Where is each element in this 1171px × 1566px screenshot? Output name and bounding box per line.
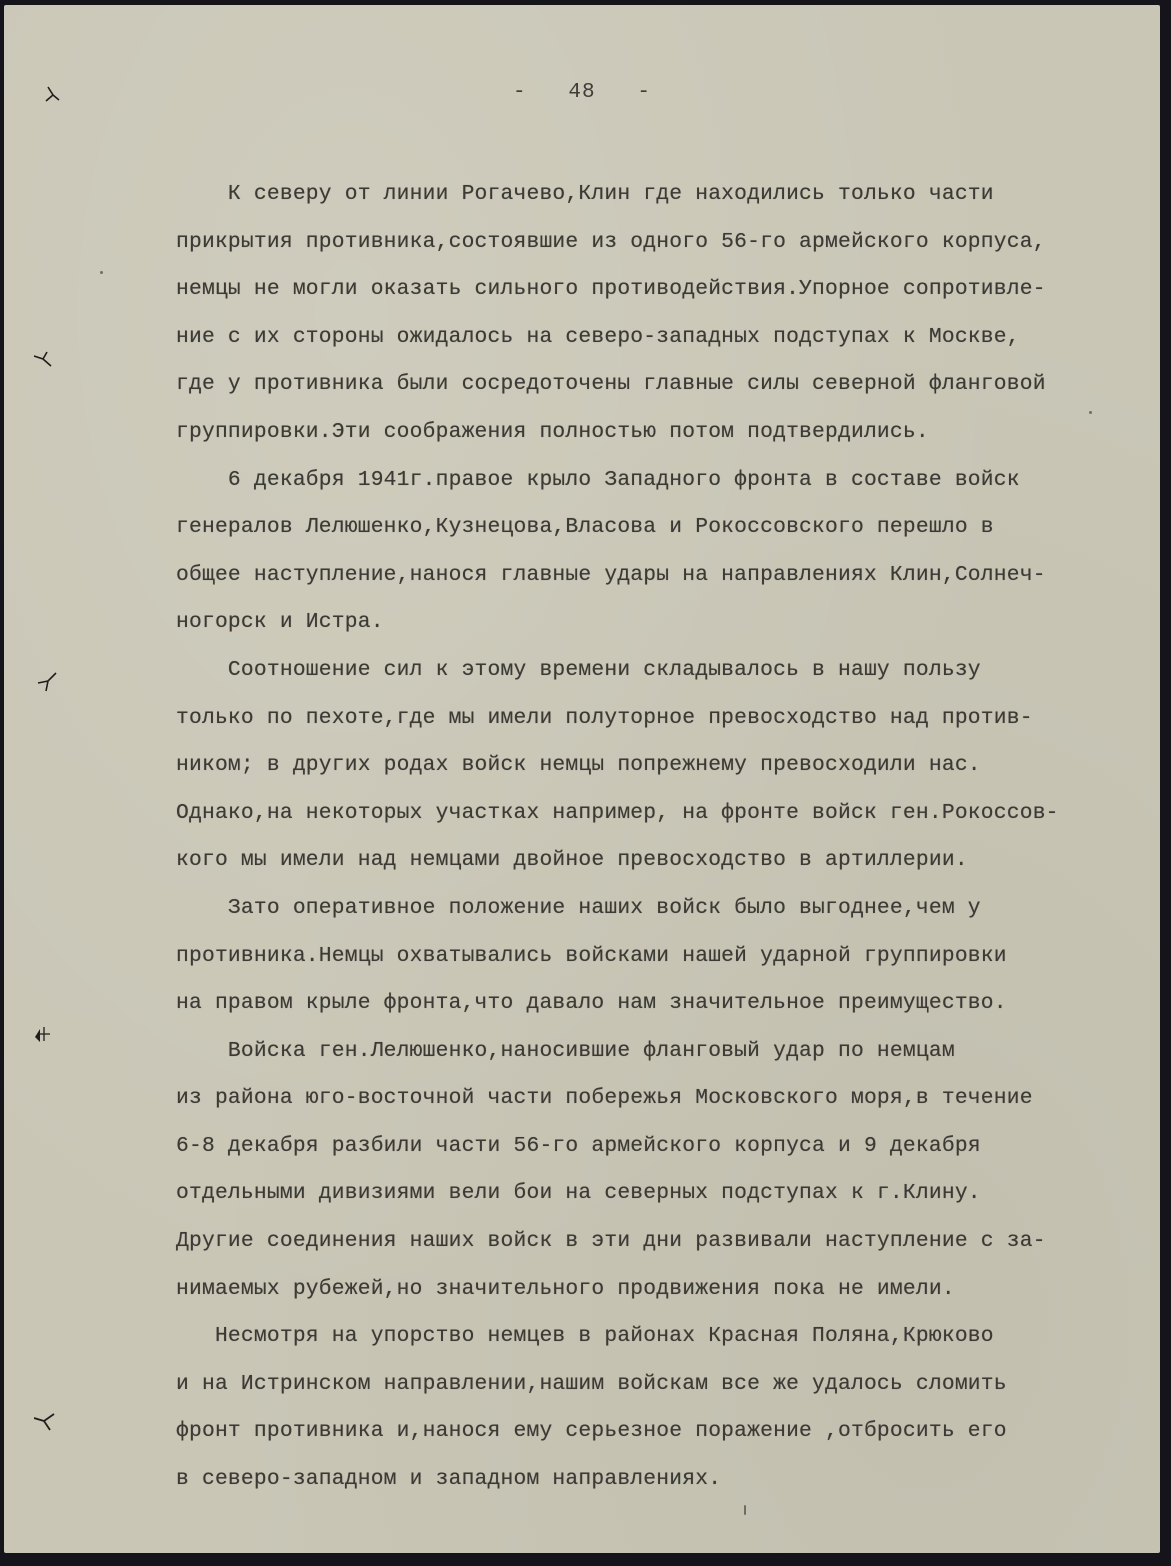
binder-hole-mark-icon	[36, 671, 58, 693]
text-line: К северу от линии Рогачево,Клин где нахо…	[176, 175, 1151, 223]
binder-hole-mark-icon	[34, 1410, 56, 1432]
paragraph: К северу от линии Рогачево,Клин где нахо…	[176, 175, 1151, 461]
text-line: кого мы имели над немцами двойное превос…	[176, 841, 1151, 889]
paragraph: 6 декабря 1941г.правое крыло Западного ф…	[176, 461, 1151, 651]
paper-speck	[1089, 411, 1092, 414]
text-line: Зато оперативное положение наших войск б…	[176, 889, 1151, 937]
text-line: отдельными дивизиями вели бои на северны…	[176, 1174, 1151, 1222]
paper-speck	[744, 1505, 746, 1515]
text-line: 6 декабря 1941г.правое крыло Западного ф…	[176, 461, 1151, 509]
text-line: на правом крыле фронта,что давало нам зн…	[176, 984, 1151, 1032]
text-line: где у противника были сосредоточены глав…	[176, 365, 1151, 413]
text-line: из района юго-восточной части побережья …	[176, 1079, 1151, 1127]
text-line: ногорск и Истра.	[176, 603, 1151, 651]
text-line: противника.Немцы охватывались войсками н…	[176, 937, 1151, 985]
page-number-dash-left: -	[485, 81, 555, 104]
text-line: немцы не могли оказать сильного противод…	[176, 270, 1151, 318]
text-line: прикрытия противника,состоявшие из одног…	[176, 223, 1151, 271]
text-line: только по пехоте,где мы имели полуторное…	[176, 699, 1151, 747]
text-line: нимаемых рубежей,но значительного продви…	[176, 1270, 1151, 1318]
document-body: К северу от линии Рогачево,Клин где нахо…	[176, 175, 1151, 1508]
text-line: ником; в других родах войск немцы попреж…	[176, 746, 1151, 794]
document-page: - 48 - К северу от линии Рогачево,Клин г…	[4, 5, 1160, 1553]
page-number: 48	[568, 81, 595, 104]
text-line: в северо-западном и западном направления…	[176, 1460, 1151, 1508]
text-line: Войска ген.Лелюшенко,наносившие фланговы…	[176, 1032, 1151, 1080]
text-line: и на Истринском направлении,нашим войска…	[176, 1365, 1151, 1413]
binder-hole-mark-icon	[32, 350, 54, 372]
paper-speck	[100, 271, 103, 274]
text-line: ние с их стороны ожидалось на северо-зап…	[176, 318, 1151, 366]
text-line: 6-8 декабря разбили части 56-го армейско…	[176, 1127, 1151, 1175]
text-line: Несмотря на упорство немцев в районах Кр…	[176, 1317, 1151, 1365]
text-line: Другие соединения наших войск в эти дни …	[176, 1222, 1151, 1270]
binder-hole-mark-icon	[42, 85, 64, 107]
page-number-header: - 48 -	[4, 81, 1160, 104]
text-line: Однако,на некоторых участках например, н…	[176, 794, 1151, 842]
paragraph: Несмотря на упорство немцев в районах Кр…	[176, 1317, 1151, 1507]
paragraph: Соотношение сил к этому времени складыва…	[176, 651, 1151, 889]
paragraph: Зато оперативное положение наших войск б…	[176, 889, 1151, 1032]
text-line: фронт противника и,нанося ему серьезное …	[176, 1412, 1151, 1460]
page-number-dash-right: -	[609, 81, 679, 104]
binder-hole-mark-icon	[30, 1025, 52, 1047]
text-line: общее наступление,нанося главные удары н…	[176, 556, 1151, 604]
text-line: генералов Лелюшенко,Кузнецова,Власова и …	[176, 508, 1151, 556]
paragraph: Войска ген.Лелюшенко,наносившие фланговы…	[176, 1032, 1151, 1318]
text-line: группировки.Эти соображения полностью по…	[176, 413, 1151, 461]
text-line: Соотношение сил к этому времени складыва…	[176, 651, 1151, 699]
